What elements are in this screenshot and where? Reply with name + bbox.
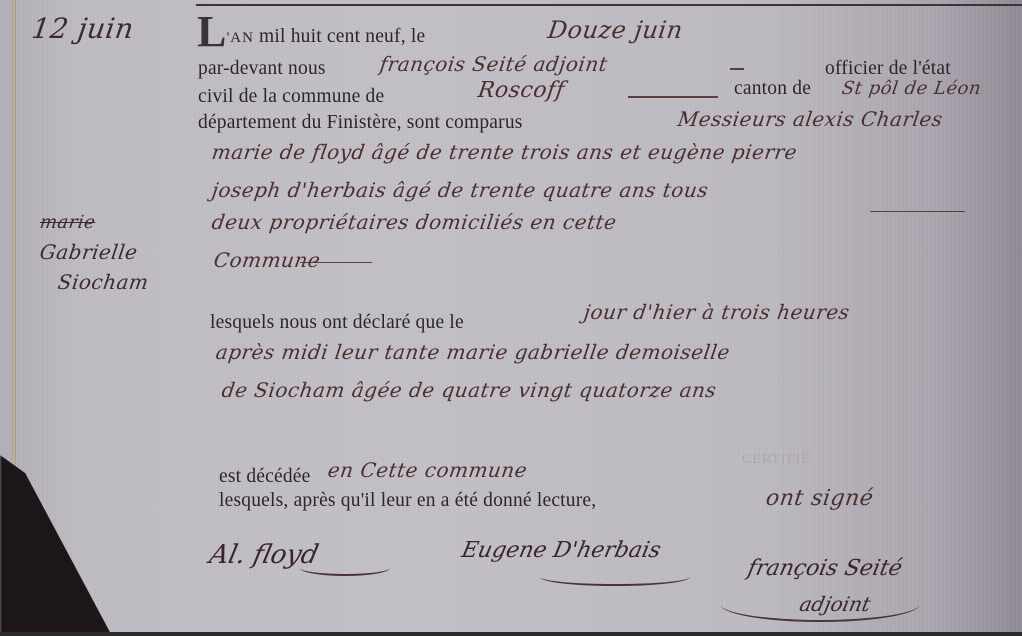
- signature-flourish: [300, 560, 390, 576]
- filler-dash: [870, 211, 965, 212]
- handwritten-signed: ont signé: [764, 486, 875, 511]
- bottom-edge: [0, 632, 1022, 636]
- printed-line-2: par-devant nous: [198, 58, 326, 80]
- handwritten-officer: françois Seité adjoint: [378, 52, 609, 76]
- margin-name-surname: Siocham: [56, 270, 150, 294]
- handwritten-witnesses-5: Commune: [212, 248, 322, 272]
- margin-name-struck: marie: [39, 212, 97, 233]
- printed-deceased: est décédée: [219, 466, 311, 488]
- handwritten-commune: Roscoff: [476, 78, 566, 103]
- handwritten-date: Douze juin: [546, 16, 685, 44]
- printed-line-4: département du Finistère, sont comparus: [198, 112, 523, 134]
- document-page: 12 juin marie Gabrielle Siocham L'AN mil…: [0, 0, 1022, 636]
- handwritten-death-1: jour d'hier à trois heures: [582, 300, 851, 324]
- handwritten-canton: St pôl de Léon: [841, 78, 983, 99]
- signature-flourish: [540, 568, 690, 586]
- handwritten-death-2: après midi leur tante marie gabrielle de…: [214, 340, 731, 364]
- printed-line-2-right: officier de l'état: [825, 58, 951, 80]
- page-shadow-corner: [0, 455, 140, 636]
- handwritten-witnesses-2: marie de floyd âgé de trente trois ans e…: [210, 140, 798, 164]
- printed-year-text: mil huit cent neuf, le: [259, 26, 425, 47]
- top-rule-line: [196, 4, 1022, 6]
- handwritten-witnesses-1: Messieurs alexis Charles: [676, 107, 944, 131]
- binding-edge: [12, 0, 16, 500]
- printed-line-3: civil de la commune de: [198, 86, 384, 108]
- signature-dherbais: Eugene D'herbais: [459, 538, 663, 563]
- printed-declared: lesquels nous ont déclaré que le: [210, 312, 464, 334]
- signature-seite: françois Seité: [745, 556, 904, 581]
- printed-reading: lesquels, après qu'il leur en a été donn…: [219, 490, 596, 512]
- handwritten-witnesses-3: joseph d'herbais âgé de trente quatre an…: [210, 178, 710, 202]
- printed-line-1: L'AN mil huit cent neuf, le: [197, 14, 425, 50]
- filler-dash: [300, 262, 372, 263]
- filler-dash: [628, 96, 718, 98]
- handwritten-death-3: de Siocham âgée de quatre vingt quatorze…: [220, 378, 718, 402]
- printed-line-3-right: canton de: [734, 78, 811, 100]
- an-smallcaps: 'AN: [227, 30, 254, 46]
- handwritten-place: en Cette commune: [326, 458, 529, 482]
- margin-date: 12 juin: [30, 12, 136, 45]
- margin-name-given: Gabrielle: [38, 240, 139, 264]
- drop-cap: L: [197, 7, 227, 56]
- signature-flourish: [720, 586, 920, 622]
- handwritten-witnesses-4: deux propriétaires domiciliés en cette: [210, 210, 618, 234]
- filler-dash: [730, 68, 744, 70]
- ghost-stamp: CERTIFIÉ: [742, 452, 811, 468]
